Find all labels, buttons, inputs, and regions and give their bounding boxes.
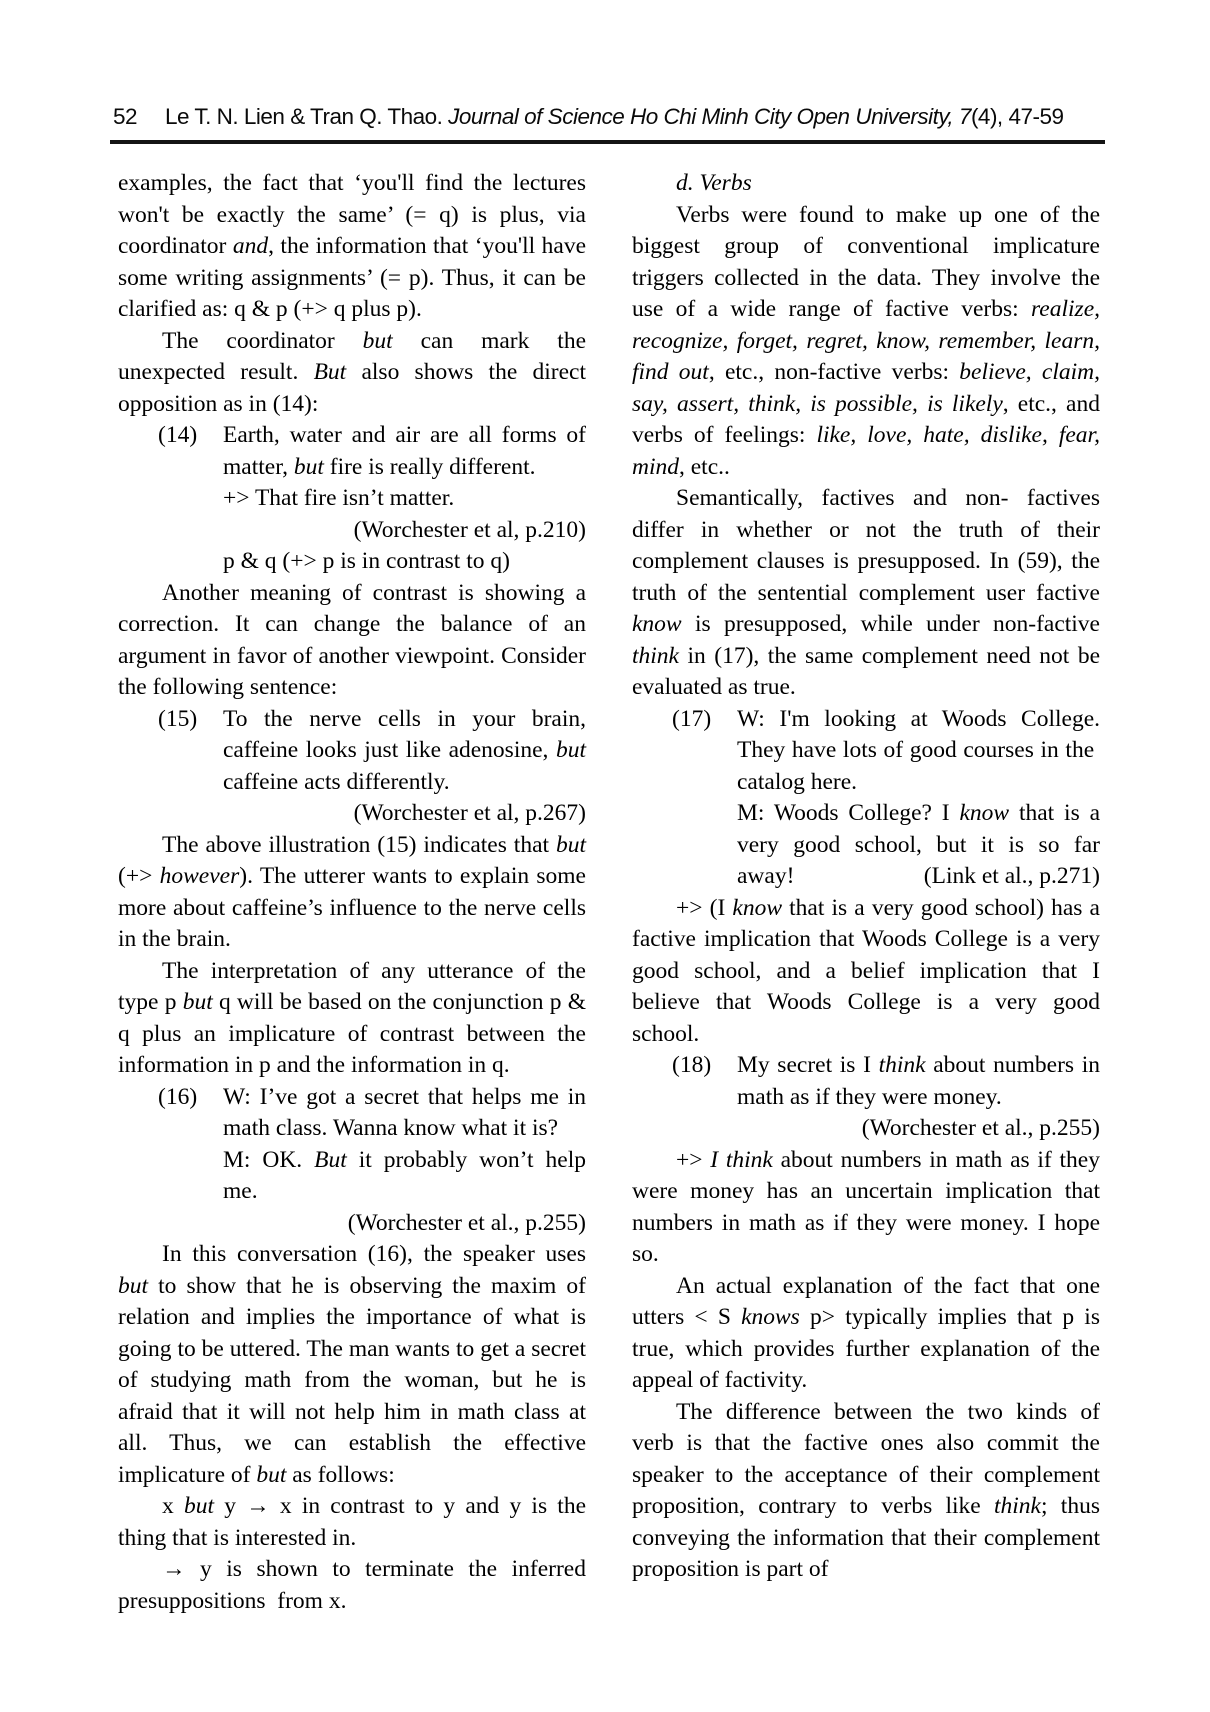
text-run: as follows: [286,1462,394,1488]
text-run: is presupposed, while under non-factive [682,611,1100,637]
example-number: (14) [158,420,197,452]
text-run: p & q (+> p is in contrast to q) [223,548,510,574]
text-run: +> [676,1147,710,1173]
two-column-body: examples, the fact that ‘you'll find the… [118,168,1100,1617]
text-run: (Worchester et al., p.255) [348,1210,586,1236]
emphasis-text: but [118,1273,148,1299]
example-text: M: OK. But it probably won’t help me. [223,1145,586,1208]
formula-line: p & q (+> p is in contrast to q) [118,546,586,578]
paragraph-continuation: examples, the fact that ‘you'll find the… [118,168,586,326]
emphasis-text: Journal of Science Ho Chi Minh City Open… [448,104,971,129]
example-text: W: I’ve got a secret that helps me in ma… [223,1082,586,1145]
emphasis-text: but [256,1462,286,1488]
emphasis-text: but [184,1493,214,1519]
section-heading: d. Verbs [632,168,1100,200]
paragraph: An actual explanation of the fact that o… [632,1271,1100,1397]
emphasis-text: think [879,1052,926,1078]
citation-line: (Worchester et al, p.267) [118,798,586,830]
text-run: , etc.. [679,454,730,480]
example-text: To the nerve cells in your brain, caffei… [223,704,586,799]
example-text: W: I'm looking at Woods College. They ha… [737,704,1100,799]
emphasis-text: know [959,800,1009,826]
citation-line: (Worchester et al., p.255) [632,1113,1100,1145]
text-run: (4), 47-59 [971,104,1064,129]
example-block: (18)My secret is I think about numbers i… [632,1050,1100,1113]
example-block: (16)W: I’ve got a secret that helps me i… [118,1082,586,1208]
text-run: To the nerve cells in your brain, caffei… [223,706,586,764]
paragraph: The interpretation of any utterance of t… [118,956,586,1082]
emphasis-text: but [294,454,324,480]
journal-article-page: 52Le T. N. Lien & Tran Q. Thao. Journal … [0,0,1210,1712]
emphasis-text: d. Verbs [676,170,752,196]
emphasis-text: But [314,359,347,385]
text-run: fire is really different. [324,454,536,480]
emphasis-text: however [160,863,240,889]
citation-line: (Worchester et al, p.210) [118,515,586,547]
right-column: d. VerbsVerbs were found to make up one … [632,168,1100,1617]
emphasis-text: but [183,989,213,1015]
paragraph: Semantically, factives and non- factives… [632,483,1100,704]
paragraph: The difference between the two kinds of … [632,1397,1100,1586]
text-run: M: OK. [223,1147,314,1173]
text-run: caffeine acts differently. [223,769,450,795]
emphasis-text: but [363,328,393,354]
paragraph: x but y → x in contrast to y and y is th… [118,1491,586,1554]
text-run: (Worchester et al, p.210) [354,517,586,543]
paragraph: +> I think about numbers in math as if t… [632,1145,1100,1271]
text-run: My secret is I [737,1052,879,1078]
emphasis-text: and [233,233,268,259]
text-run: The coordinator [162,328,363,354]
paragraph: +> (I know that is a very good school) h… [632,893,1100,1051]
text-run: W: I'm looking at Woods College. They ha… [737,706,1100,795]
text-run: +> (I [676,895,732,921]
example-number: (16) [158,1082,197,1114]
text-run: Verbs were found to make up one of the b… [632,202,1100,323]
page-header: 52Le T. N. Lien & Tran Q. Thao. Journal … [113,104,1113,130]
example-block: (15)To the nerve cells in your brain, ca… [118,704,586,799]
example-text: M: Woods College? I know that is a very … [737,798,1100,893]
emphasis-text: but [556,737,586,763]
example-block: (17)W: I'm looking at Woods College. The… [632,704,1100,893]
text-run: M: Woods College? I [737,800,959,826]
emphasis-text: but [556,832,586,858]
text-run: (Worchester et al, p.267) [354,800,586,826]
example-text: Earth, water and air are all forms of ma… [223,420,586,483]
emphasis-text: knows [741,1304,800,1330]
text-run: x [162,1493,184,1519]
page-number: 52 [113,104,137,129]
text-run: → y is shown to terminate the inferred p… [118,1556,586,1614]
paragraph: → y is shown to terminate the inferred p… [118,1554,586,1617]
text-run: (Worchester et al., p.255) [862,1115,1100,1141]
running-head-citation: Le T. N. Lien & Tran Q. Thao. Journal of… [165,104,1063,129]
text-run: Another meaning of contrast is showing a… [118,580,586,701]
paragraph: Another meaning of contrast is showing a… [118,578,586,704]
text-run: (+> [118,863,160,889]
paragraph: The coordinator but can mark the unexpec… [118,326,586,421]
emphasis-text: think [632,643,679,669]
text-run: In this conversation (16), the speaker u… [162,1241,586,1267]
inline-citation: (Link et al., p.271) [924,861,1100,893]
text-run: in (17), the same complement need not be… [632,643,1100,701]
text-run: The above illustration (15) indicates th… [162,832,556,858]
text-run: Semantically, factives and non- factives… [632,485,1100,606]
text-run: +> That fire isn’t matter. [223,485,454,511]
example-number: (18) [672,1050,711,1082]
emphasis-text: think [994,1493,1041,1519]
example-text: My secret is I think about numbers in ma… [737,1050,1100,1113]
emphasis-text: know [632,611,682,637]
citation-line: (Worchester et al., p.255) [118,1208,586,1240]
emphasis-text: I think [710,1147,773,1173]
example-number: (15) [158,704,197,736]
paragraph: The above illustration (15) indicates th… [118,830,586,956]
paragraph: In this conversation (16), the speaker u… [118,1239,586,1491]
text-run: to show that he is observing the maxim o… [118,1273,586,1488]
example-number: (17) [672,704,711,736]
left-column: examples, the fact that ‘you'll find the… [118,168,586,1617]
header-rule [110,140,1105,144]
text-run: Le T. N. Lien & Tran Q. Thao. [165,104,448,129]
text-run: W: I’ve got a secret that helps me in ma… [223,1084,586,1142]
emphasis-text: But [314,1147,347,1173]
paragraph: Verbs were found to make up one of the b… [632,200,1100,484]
example-text: +> That fire isn’t matter. [223,483,586,515]
example-block: (14)Earth, water and air are all forms o… [118,420,586,515]
text-run: , etc., non-factive verbs: [709,359,959,385]
emphasis-text: know [732,895,782,921]
